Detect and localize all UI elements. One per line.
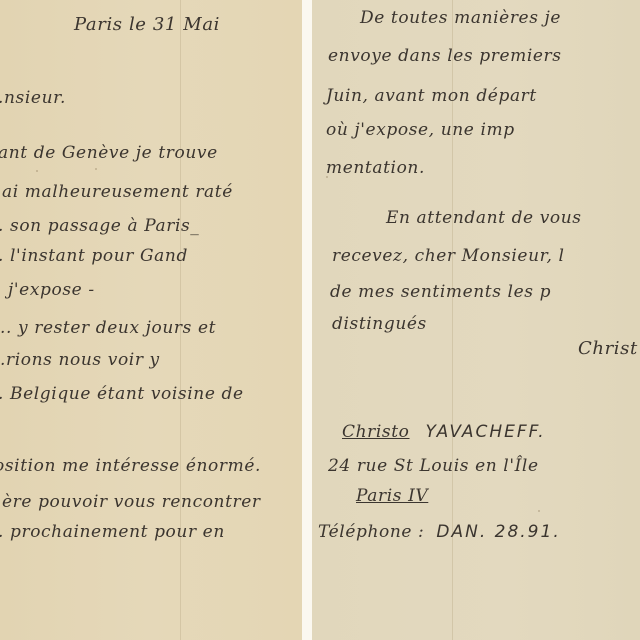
- letter-line: ...ère pouvoir vous rencontrer: [0, 494, 261, 511]
- sender-name: Christo YAVACHEFF.: [342, 424, 546, 441]
- letter-line: recevez, cher Monsieur, l: [332, 248, 565, 265]
- paper-speck: [538, 510, 540, 512]
- paper-speck: [36, 170, 38, 172]
- letter-line: distingués: [332, 316, 427, 333]
- letter-line: ... son passage à Paris_: [0, 218, 199, 235]
- letter-line: envoye dans les premiers: [328, 48, 562, 65]
- paper-speck: [56, 98, 58, 100]
- letter-scan: Paris le 31 Mai ...nsieur. ...ant de Gen…: [0, 0, 640, 640]
- sender-address-line2: Paris IV: [356, 488, 428, 505]
- letter-line: ...rions nous voir y: [0, 352, 160, 369]
- sender-last-name: YAVACHEFF.: [426, 422, 546, 442]
- letter-line: où j'expose, une imp: [326, 122, 515, 139]
- letter-line: Juin, avant mon départ: [326, 88, 537, 105]
- letter-date: Paris le 31 Mai: [74, 16, 220, 34]
- letter-page-left: Paris le 31 Mai ...nsieur. ...ant de Gen…: [0, 0, 302, 640]
- paper-speck: [95, 168, 97, 170]
- sender-address-line1: 24 rue St Louis en l'Île: [328, 458, 539, 475]
- letter-line: ... j'expose -: [0, 282, 95, 299]
- sender-telephone: Téléphone : DAN. 28.91.: [318, 524, 561, 541]
- letter-line: de mes sentiments les p: [330, 284, 551, 301]
- letter-line: ... l'instant pour Gand: [0, 248, 188, 265]
- letter-line: ... y rester deux jours et: [0, 320, 216, 337]
- letter-line: ... Belgique étant voisine de: [0, 386, 244, 403]
- letter-line: mentation.: [326, 160, 425, 177]
- letter-line: De toutes manières je: [360, 10, 561, 27]
- letter-page-right: De toutes manières je envoye dans les pr…: [312, 0, 640, 640]
- letter-line: ...ant de Genève je trouve: [0, 145, 218, 162]
- sender-first-name: Christo: [342, 422, 410, 442]
- letter-line: ...ai malheureusement raté: [0, 184, 233, 201]
- paper-speck: [326, 176, 328, 178]
- signature: Christ: [578, 340, 638, 358]
- letter-line: ...osition me intéresse énormé.: [0, 458, 261, 475]
- letter-line: ... prochainement pour en: [0, 524, 225, 541]
- telephone-label: Téléphone :: [318, 522, 424, 542]
- letter-line: En attendant de vous: [386, 210, 582, 227]
- telephone-value: DAN. 28.91.: [436, 522, 560, 542]
